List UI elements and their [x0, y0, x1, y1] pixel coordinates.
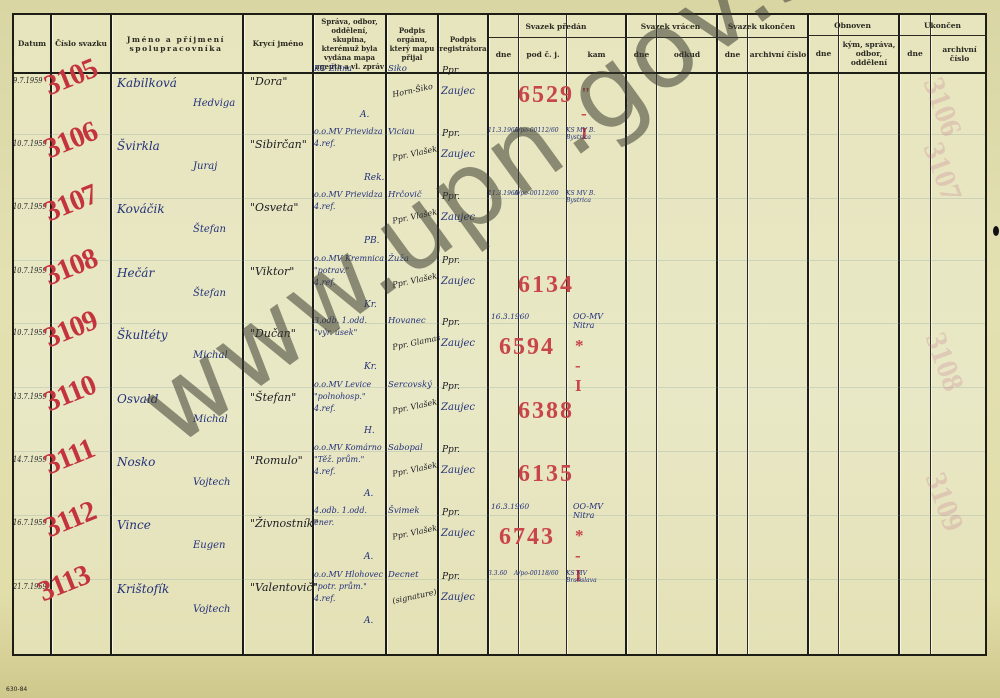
- col-rule: [566, 15, 567, 654]
- row-department-line: 4.ref.: [314, 467, 335, 476]
- header-podpis-registratora: Podpis registrátora: [439, 15, 487, 72]
- header-ukoncen-archivni-cislo: archivní číslo: [749, 37, 807, 72]
- row-handover-date: 16.3.1960: [491, 502, 517, 511]
- row-handover-ref: A/po-00112/60: [514, 127, 559, 134]
- row-department-line: 3.odb. 1.odd.: [314, 316, 367, 325]
- col-rule: [110, 15, 112, 654]
- row-date: 9.7.1959: [13, 76, 43, 86]
- row-department-line: o.o.MV Kremnica: [314, 254, 384, 263]
- header-ukoncen: Ukončen: [898, 15, 987, 35]
- row-handover-date: 3.3.60: [488, 570, 507, 577]
- row-handover-stamp: 6529: [518, 82, 574, 109]
- row-handover-date: 16.3.1960: [491, 312, 517, 321]
- row-organ-name: Sabopal: [388, 443, 423, 453]
- row-surname: Kabilková: [117, 76, 177, 90]
- header-ukoncen2-archivni-cislo: archivní číslo: [932, 35, 987, 72]
- row-department-line: "potrav.": [314, 266, 349, 275]
- row-department-line: o.o.MV Levice: [314, 380, 371, 389]
- row-department-line: Kr.: [364, 362, 377, 372]
- binder-hole: [993, 226, 999, 236]
- row-department-line: o.o.MV Prievidza: [314, 127, 383, 136]
- row-registrar-signature: Zaujec: [441, 402, 475, 413]
- row-surname: Švirkla: [117, 139, 160, 153]
- row-registrar-title: Ppr.: [442, 318, 460, 328]
- row-surname: Krištofík: [117, 582, 169, 596]
- row-department-line: 4.ref.: [314, 278, 335, 287]
- ledger-sheet: Datum Číslo svazku Jméno a příjmení spol…: [0, 0, 1000, 698]
- row-registrar-title: Ppr.: [442, 572, 460, 582]
- row-department-line: ener.: [314, 518, 334, 527]
- header-ukoncen-dne: dne: [718, 37, 747, 72]
- row-organ-name: Siko: [388, 64, 407, 74]
- header-predan-dne: dne: [489, 37, 518, 72]
- row-registrar-signature: Zaujec: [441, 212, 475, 223]
- row-surname: Nosko: [117, 455, 155, 469]
- col-rule: [487, 15, 489, 654]
- row-registrar-title: Ppr.: [442, 192, 460, 202]
- row-code-name: "Dučan": [250, 327, 296, 340]
- row-organ-name: Žuža: [388, 254, 409, 264]
- row-given-name: Hedviga: [193, 98, 235, 109]
- col-rule: [747, 15, 748, 654]
- row-code-name: "Valentovič": [250, 581, 318, 594]
- row-given-name: Vojtech: [193, 477, 230, 488]
- row-registrar-title: Ppr.: [442, 129, 460, 139]
- row-handover-destination: KS MV B. Bystrica: [566, 190, 612, 204]
- row-handover-stamp: 6134: [518, 272, 574, 299]
- col-rule: [625, 15, 627, 654]
- row-department-line: KO Žilina: [314, 64, 352, 73]
- header-vracen-odkud: odkud: [658, 37, 716, 72]
- row-registrar-signature: Zaujec: [441, 149, 475, 160]
- row-surname: Vince: [117, 518, 151, 532]
- row-department-line: "výr. úsek": [314, 328, 357, 337]
- row-department-line: 4.ref.: [314, 139, 335, 148]
- col-rule: [898, 15, 900, 654]
- row-organ-name: Viciau: [388, 127, 415, 137]
- row-department-line: A.: [364, 552, 373, 562]
- header-kryci-jmeno: Krycí jméno: [244, 15, 312, 72]
- row-organ-name: Švimek: [388, 506, 420, 516]
- row-handover-destination: KS MV B. Bystrica: [566, 127, 612, 141]
- row-organ-name: Sercovský: [388, 380, 432, 390]
- col-rule: [656, 15, 657, 654]
- row-code-name: "Osveta": [250, 201, 299, 214]
- header-predan-kam: kam: [568, 37, 625, 72]
- row-handover-ref: A/po-00112/60: [514, 190, 559, 197]
- row-department-line: Rek.: [364, 173, 384, 183]
- header-jmeno: Jméno a příjmení spolupracovníka: [126, 15, 226, 72]
- row-handover-destination: OO-MV Nitra: [573, 312, 613, 330]
- row-surname: Škultéty: [117, 328, 168, 342]
- row-department-line: H.: [364, 426, 375, 436]
- row-code-name: "Štefan": [250, 391, 296, 404]
- header-obnoven: Obnoven: [807, 15, 898, 35]
- row-registrar-signature: Zaujec: [441, 276, 475, 287]
- row-registrar-title: Ppr.: [442, 382, 460, 392]
- row-department-line: 4.ref.: [314, 404, 335, 413]
- row-registrar-signature: Zaujec: [441, 465, 475, 476]
- row-given-name: Eugen: [193, 540, 226, 551]
- row-department-line: A.: [364, 616, 373, 626]
- row-department-line: A.: [364, 489, 373, 499]
- row-department-line: 4.ref.: [314, 202, 335, 211]
- row-department-line: o.o.MV Hlohovec: [314, 570, 383, 579]
- row-department-line: o.o.MV Komárno: [314, 443, 382, 452]
- row-surname: Osvald: [117, 392, 158, 406]
- row-department-line: 4.odb. 1.odd.: [314, 506, 367, 515]
- header-svazek-vracen: Svazek vrácen: [625, 15, 716, 37]
- row-given-name: Juraj: [193, 161, 217, 172]
- row-registrar-title: Ppr.: [442, 66, 460, 76]
- row-registrar-signature: Zaujec: [441, 86, 475, 97]
- header-ukoncen2-dne: dne: [900, 35, 930, 72]
- row-handover-ref: A/po-00118/60: [514, 570, 559, 577]
- row-registrar-title: Ppr.: [442, 508, 460, 518]
- col-rule: [716, 15, 718, 654]
- row-handover-stamp: 6388: [518, 398, 574, 425]
- row-given-name: Štefan: [193, 224, 226, 235]
- header-predan-pod-cj: pod č. j.: [520, 37, 566, 72]
- row-department-line: o.o.MV Prievidza: [314, 190, 383, 199]
- row-department-line: Kr.: [364, 300, 377, 310]
- row-registrar-title: Ppr.: [442, 256, 460, 266]
- row-handover-mark: * -I: [575, 336, 586, 396]
- row-registrar-signature: Zaujec: [441, 338, 475, 349]
- row-registrar-signature: Zaujec: [441, 528, 475, 539]
- row-organ-name: Decnet: [388, 570, 419, 580]
- row-code-name: "Živnostník": [250, 517, 319, 530]
- row-department-line: PB.: [364, 236, 380, 246]
- row-given-name: Vojtech: [193, 604, 230, 615]
- col-rule: [838, 15, 839, 654]
- row-handover-stamp: 6743: [499, 524, 555, 551]
- row-given-name: Michal: [193, 350, 228, 361]
- header-obnoven-dne: dne: [809, 35, 838, 72]
- form-code: 630-84: [6, 686, 27, 693]
- header-obnoven-kym: kým, správa, odbor, oddělení: [840, 35, 898, 72]
- header-datum: Datum: [14, 15, 50, 72]
- row-given-name: Michal: [193, 414, 228, 425]
- row-organ-name: Hrčovič: [388, 190, 422, 200]
- row-handover-destination: OO-MV Nitra: [573, 502, 613, 520]
- row-department-line: 4.ref.: [314, 594, 335, 603]
- row-department-line: "Těž. prům.": [314, 455, 364, 464]
- row-given-name: Štefan: [193, 288, 226, 299]
- row-handover-stamp: 6135: [518, 461, 574, 488]
- row-handover-destination: KS MV Bratislava: [566, 570, 612, 584]
- col-rule: [242, 15, 244, 654]
- row-surname: Kováčik: [117, 202, 165, 216]
- header-vracen-dne: dne: [627, 37, 656, 72]
- row-code-name: "Sibirčan": [250, 138, 307, 151]
- row-organ-name: Hovanec: [388, 316, 426, 326]
- row-code-name: "Viktor": [250, 265, 294, 278]
- header-svazek-predan: Svazek předán: [487, 15, 625, 37]
- col-rule: [385, 15, 387, 654]
- row-department-line: "polnohosp.": [314, 392, 366, 401]
- row-handover-stamp: 6594: [499, 334, 555, 361]
- header-svazek-ukoncen: Svazek ukončen: [716, 15, 807, 37]
- row-registrar-title: Ppr.: [442, 445, 460, 455]
- row-department-line: "potr. prům.": [314, 582, 367, 591]
- row-code-name: "Dora": [250, 75, 287, 88]
- row-department-line: A.: [360, 110, 369, 120]
- row-registrar-signature: Zaujec: [441, 592, 475, 603]
- header-rule: [14, 72, 985, 74]
- col-rule: [807, 15, 809, 654]
- row-code-name: "Romulo": [250, 454, 303, 467]
- row-surname: Hečár: [117, 266, 154, 280]
